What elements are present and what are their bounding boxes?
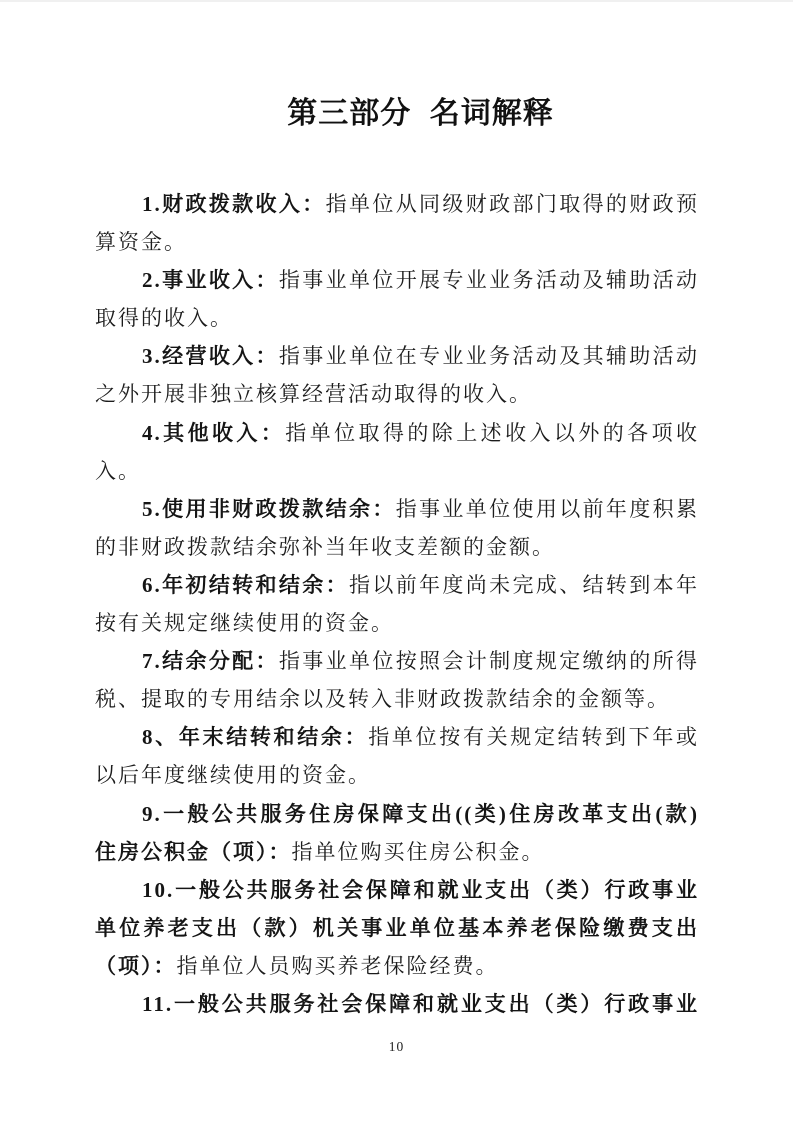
definition-text: 税、提取的专用结余以及转入非财政拨款结余的金额等。 bbox=[95, 687, 670, 711]
text-line: 1.财政拨款收入：指单位从同级财政部门取得的财政预 bbox=[95, 185, 699, 223]
term-text: （项）： bbox=[95, 954, 177, 978]
term-text: 2.事业收入： bbox=[142, 268, 279, 292]
definition-text: 取得的收入。 bbox=[95, 306, 233, 330]
term-text: 住房公积金（项）： bbox=[95, 840, 292, 864]
text-line: 2.事业收入：指事业单位开展专业业务活动及辅助活动 bbox=[95, 261, 699, 299]
page-number: 10 bbox=[0, 1039, 793, 1055]
term-text: 7.结余分配： bbox=[142, 649, 279, 673]
text-line: 5.使用非财政拨款结余：指事业单位使用以前年度积累 bbox=[95, 490, 699, 528]
definition-text: 指单位购买住房公积金。 bbox=[292, 840, 545, 864]
text-line: 税、提取的专用结余以及转入非财政拨款结余的金额等。 bbox=[95, 680, 699, 718]
definition-text: 指事业单位使用以前年度积累 bbox=[396, 497, 699, 521]
term-text: 11.一般公共服务社会保障和就业支出（类）行政事业 bbox=[142, 992, 699, 1016]
text-line: 3.经营收入：指事业单位在专业业务活动及其辅助活动 bbox=[95, 337, 699, 375]
text-line: 单位养老支出（款）机关事业单位基本养老保险缴费支出 bbox=[95, 909, 699, 947]
term-text: 4.其他收入： bbox=[142, 421, 285, 445]
text-line: 8、年末结转和结余：指单位按有关规定结转到下年或 bbox=[95, 718, 699, 756]
definition-text: 的非财政拨款结余弥补当年收支差额的金额。 bbox=[95, 535, 555, 559]
definition-text: 指事业单位按照会计制度规定缴纳的所得 bbox=[279, 649, 699, 673]
text-line: 入。 bbox=[95, 452, 699, 490]
text-line: 9.一般公共服务住房保障支出((类)住房改革支出(款) bbox=[95, 795, 699, 833]
text-line: 的非财政拨款结余弥补当年收支差额的金额。 bbox=[95, 528, 699, 566]
text-line: 之外开展非独立核算经营活动取得的收入。 bbox=[95, 375, 699, 413]
definition-text: 指以前年度尚未完成、结转到本年 bbox=[349, 573, 699, 597]
term-text: 8、年末结转和结余： bbox=[142, 725, 368, 749]
text-line: 算资金。 bbox=[95, 223, 699, 261]
definition-text: 按有关规定继续使用的资金。 bbox=[95, 611, 394, 635]
text-line: 7.结余分配：指事业单位按照会计制度规定缴纳的所得 bbox=[95, 642, 699, 680]
text-line: 住房公积金（项）：指单位购买住房公积金。 bbox=[95, 833, 699, 871]
definition-text: 指单位从同级财政部门取得的财政预 bbox=[326, 192, 699, 216]
text-line: 以后年度继续使用的资金。 bbox=[95, 756, 699, 794]
definition-text: 以后年度继续使用的资金。 bbox=[95, 763, 371, 787]
definition-text: 指单位按有关规定结转到下年或 bbox=[368, 725, 699, 749]
page-title: 第三部分 名词解释 bbox=[95, 93, 699, 135]
definition-text: 指单位取得的除上述收入以外的各项收 bbox=[285, 421, 699, 445]
term-text: 10.一般公共服务社会保障和就业支出（类）行政事业 bbox=[142, 878, 699, 902]
term-text: 5.使用非财政拨款结余： bbox=[142, 497, 396, 521]
term-text: 6.年初结转和结余： bbox=[142, 573, 349, 597]
definition-text: 指事业单位在专业业务活动及其辅助活动 bbox=[279, 344, 699, 368]
definition-text: 入。 bbox=[95, 459, 141, 483]
term-text: 3.经营收入： bbox=[142, 344, 279, 368]
term-text: 1.财政拨款收入： bbox=[142, 192, 326, 216]
text-line: 4.其他收入：指单位取得的除上述收入以外的各项收 bbox=[95, 414, 699, 452]
text-line: （项）：指单位人员购买养老保险经费。 bbox=[95, 947, 699, 985]
definition-text: 算资金。 bbox=[95, 230, 187, 254]
term-text: 9.一般公共服务住房保障支出((类)住房改革支出(款) bbox=[142, 802, 699, 826]
body-text: 1.财政拨款收入：指单位从同级财政部门取得的财政预算资金。2.事业收入：指事业单… bbox=[95, 185, 699, 1023]
text-line: 11.一般公共服务社会保障和就业支出（类）行政事业 bbox=[95, 985, 699, 1023]
text-line: 10.一般公共服务社会保障和就业支出（类）行政事业 bbox=[95, 871, 699, 909]
term-text: 单位养老支出（款）机关事业单位基本养老保险缴费支出 bbox=[95, 916, 699, 940]
text-line: 按有关规定继续使用的资金。 bbox=[95, 604, 699, 642]
definition-text: 指单位人员购买养老保险经费。 bbox=[177, 954, 499, 978]
text-line: 6.年初结转和结余：指以前年度尚未完成、结转到本年 bbox=[95, 566, 699, 604]
document-page: 第三部分 名词解释 1.财政拨款收入：指单位从同级财政部门取得的财政预算资金。2… bbox=[0, 0, 793, 1122]
text-line: 取得的收入。 bbox=[95, 299, 699, 337]
definition-text: 之外开展非独立核算经营活动取得的收入。 bbox=[95, 382, 532, 406]
definition-text: 指事业单位开展专业业务活动及辅助活动 bbox=[279, 268, 699, 292]
